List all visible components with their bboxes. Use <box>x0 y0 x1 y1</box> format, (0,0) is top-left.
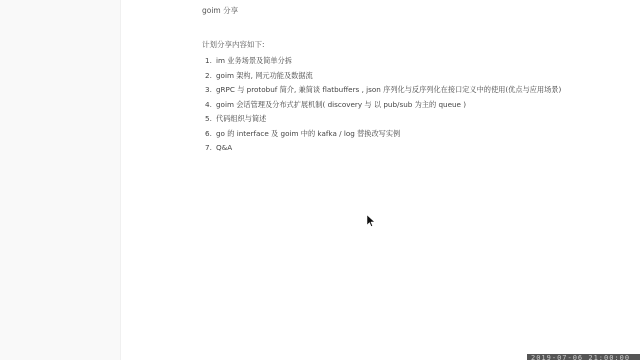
list-item: 2.goim 架构, 网元功能及数据流 <box>205 69 561 84</box>
document-intro: 计划分享内容如下: <box>202 39 265 50</box>
list-number: 7. <box>205 141 216 156</box>
list-number: 3. <box>205 83 216 98</box>
list-item: 4.goim 会话管理及分布式扩展机制( discovery 与 以 pub/s… <box>205 98 561 113</box>
list-number: 6. <box>205 127 216 142</box>
document-content: goim 分享 计划分享内容如下: 1.im 业务场景及简单分拆 2.goim … <box>121 0 640 360</box>
sidebar <box>0 0 121 360</box>
list-item: 5.代码组织与简述 <box>205 112 561 127</box>
mouse-pointer-icon <box>367 215 375 227</box>
list-item: 7.Q&A <box>205 141 561 156</box>
list-text: goim 架构, 网元功能及数据流 <box>216 71 313 80</box>
app-window: goim 分享 计划分享内容如下: 1.im 业务场景及简单分拆 2.goim … <box>0 0 640 360</box>
list-item: 6.go 的 interface 及 goim 中的 kafka / log 替… <box>205 127 561 142</box>
agenda-list: 1.im 业务场景及简单分拆 2.goim 架构, 网元功能及数据流 3.gRP… <box>205 54 561 156</box>
list-item: 1.im 业务场景及简单分拆 <box>205 54 561 69</box>
list-text: 代码组织与简述 <box>216 114 266 123</box>
list-text: Q&A <box>216 143 232 152</box>
document-title: goim 分享 <box>202 5 238 16</box>
list-number: 4. <box>205 98 216 113</box>
list-text: im 业务场景及简单分拆 <box>216 56 292 65</box>
list-text: gRPC 与 protobuf 简介, 兼简谈 flatbuffers , js… <box>216 85 561 94</box>
video-timestamp: 2019-07-06 21:00:00 <box>527 354 640 360</box>
list-text: goim 会话管理及分布式扩展机制( discovery 与 以 pub/sub… <box>216 100 466 109</box>
list-item: 3.gRPC 与 protobuf 简介, 兼简谈 flatbuffers , … <box>205 83 561 98</box>
list-number: 1. <box>205 54 216 69</box>
list-text: go 的 interface 及 goim 中的 kafka / log 替换改… <box>216 129 400 138</box>
list-number: 5. <box>205 112 216 127</box>
list-number: 2. <box>205 69 216 84</box>
